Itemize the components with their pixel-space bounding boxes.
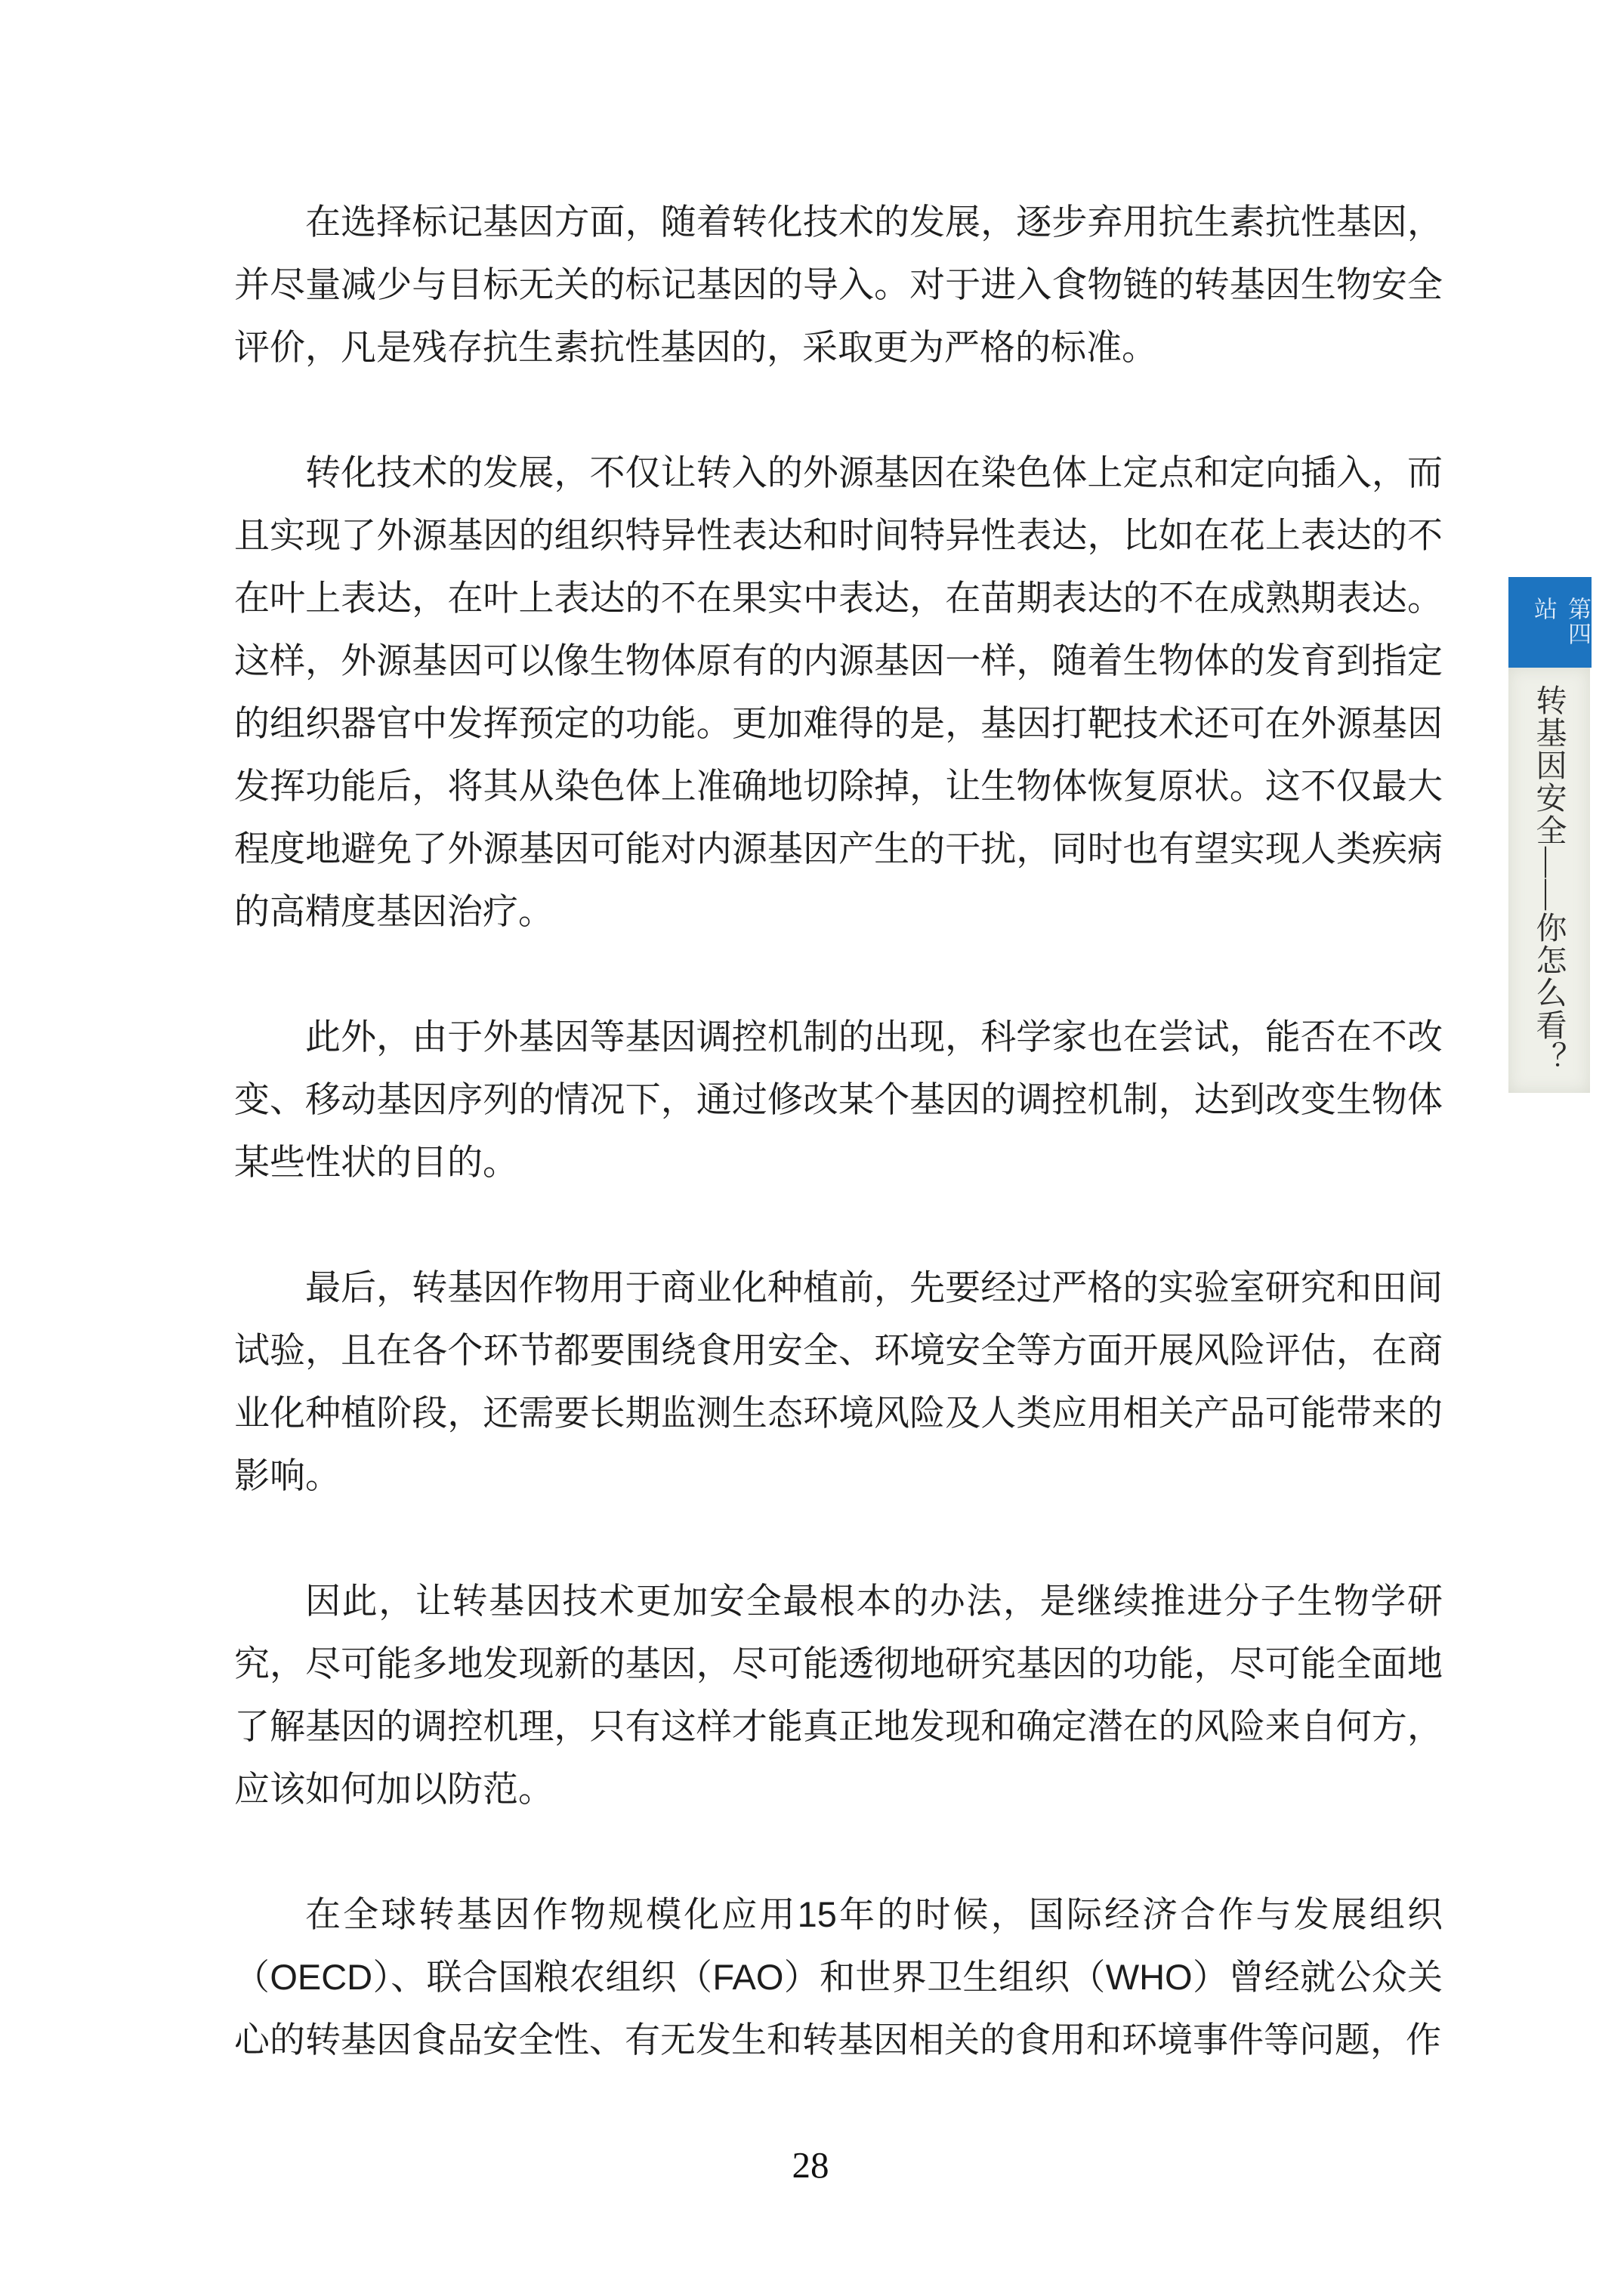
- paragraph-1: 在选择标记基因方面，随着转化技术的发展，逐步弃用抗生素抗性基因，并尽量减少与目标…: [234, 190, 1443, 378]
- paragraph-6: 在全球转基因作物规模化应用15年的时候，国际经济合作与发展组织（OECD）、联合…: [234, 1883, 1443, 2071]
- chapter-tab: 第四站: [1508, 577, 1592, 668]
- page-number: 28: [769, 2143, 852, 2186]
- chapter-title-label: 转基因安全——你怎么看？: [1527, 684, 1572, 1074]
- body-text: 在选择标记基因方面，随着转化技术的发展，逐步弃用抗生素抗性基因，并尽量减少与目标…: [234, 190, 1443, 2071]
- paragraph-5: 因此，让转基因技术更加安全最根本的办法，是继续推进分子生物学研究，尽可能多地发现…: [234, 1569, 1443, 1820]
- paragraph-4: 最后，转基因作物用于商业化种植前，先要经过严格的实验室研究和田间试验，且在各个环…: [234, 1256, 1443, 1507]
- paragraph-3: 此外，由于外基因等基因调控机制的出现，科学家也在尝试，能否在不改变、移动基因序列…: [234, 1005, 1443, 1193]
- chapter-tab-label: 第四站: [1527, 597, 1595, 668]
- paragraph-2: 转化技术的发展，不仅让转入的外源基因在染色体上定点和定向插入，而且实现了外源基因…: [234, 441, 1443, 943]
- chapter-title-strip: 转基因安全——你怎么看？: [1508, 668, 1590, 1093]
